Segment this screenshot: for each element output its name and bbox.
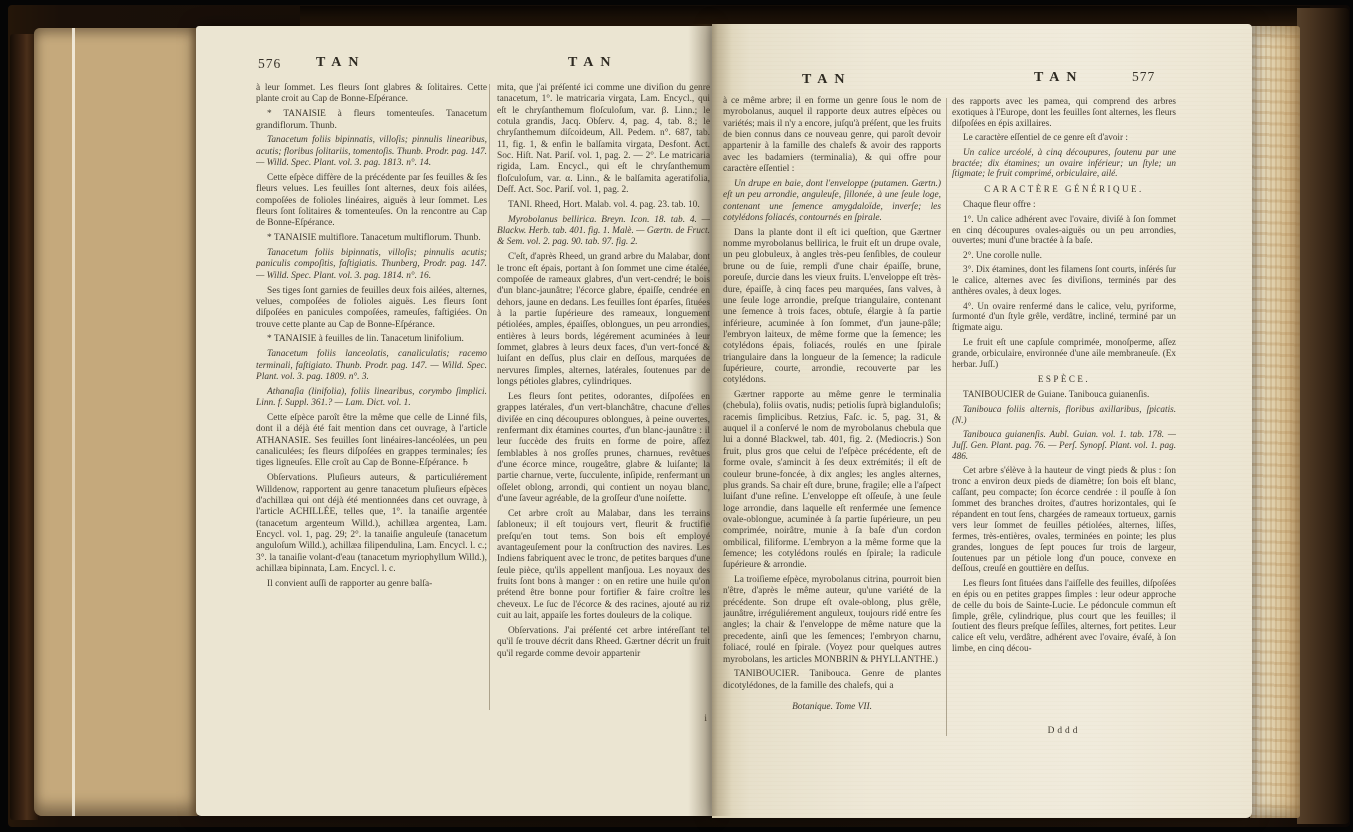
column-rule-left-page	[489, 84, 490, 710]
page-number-left: 576	[258, 56, 281, 72]
paragraph: Tanibouca guianenſis. Aubl. Guian. vol. …	[952, 429, 1176, 462]
running-head-right-col2: TAN	[1034, 70, 1084, 86]
column-576-1: à leur ſommet. Les fleurs ſont glabres &…	[256, 83, 487, 713]
book-photo: 576 TAN TAN à leur ſommet. Les fleurs ſo…	[0, 0, 1353, 832]
paragraph: Cette eſpèce paroît être la même que cel…	[256, 413, 487, 470]
paragraph: CARACTÈRE GÉNÉRIQUE.	[952, 184, 1176, 195]
paragraph: mita, que j'ai préſenté ici comme une di…	[497, 83, 710, 196]
left-page: 576 TAN TAN à leur ſommet. Les fleurs ſo…	[196, 26, 712, 816]
paragraph: * TANAISIE multiflore. Tanacetum multifl…	[256, 233, 487, 244]
paragraph: Cet arbre croît au Malabar, dans les ter…	[497, 509, 710, 622]
paragraph: * TANAISIE à feuilles de lin. Tanacetum …	[256, 334, 487, 345]
paragraph: Chaque fleur offre :	[952, 199, 1176, 210]
paragraph: Dans la plante dont il eſt ici queſtion,…	[723, 228, 941, 387]
column-577-2: des rapports avec les pamea, qui compren…	[952, 96, 1176, 732]
paragraph: à leur ſommet. Les fleurs ſont glabres &…	[256, 83, 487, 106]
paragraph: Les fleurs ſont ſituées dans l'aiſſelle …	[952, 578, 1176, 654]
paragraph: Un drupe en baie, dont l'enveloppe (puta…	[723, 179, 941, 224]
paragraph: Tanacetum foliis bipinnatis, villoſis; p…	[256, 135, 487, 169]
paragraph: Cet arbre s'élève à la hauteur de vingt …	[952, 465, 1176, 574]
paragraph: C'eſt, d'après Rheed, un grand arbre du …	[497, 252, 710, 388]
catchword: i	[651, 714, 707, 724]
paragraph: à ce même arbre; il en forme un genre ſo…	[723, 96, 941, 175]
paragraph: TANIBOUCIER de Guiane. Tanibouca guianen…	[952, 389, 1176, 400]
paragraph: Myrobolanus bellirica. Breyn. Icon. 18. …	[497, 215, 710, 249]
volume-imprint: Botanique. Tome VII.	[723, 702, 941, 712]
paragraph: TANIBOUCIER. Tanibouca. Genre de plantes…	[723, 669, 941, 692]
paragraph: Gærtner rapporte au même genre le termin…	[723, 390, 941, 572]
paragraph: Le fruit eſt une capſule comprimée, mono…	[952, 337, 1176, 370]
paragraph: Ses tiges ſont garnies de feuilles deux …	[256, 286, 487, 331]
column-577-1: à ce même arbre; il en forme un genre ſo…	[723, 96, 941, 704]
paragraph: * TANAISIE à fleurs tomenteuſes. Tanacet…	[256, 109, 487, 132]
paragraph: Tanacetum foliis lanceolatis, canalicula…	[256, 349, 487, 383]
paragraph: Le caractère eſſentiel de ce genre eſt d…	[952, 132, 1176, 143]
paragraph: des rapports avec les pamea, qui compren…	[952, 96, 1176, 129]
signature-mark: Dddd	[952, 726, 1176, 736]
right-page-block-edge	[1250, 26, 1300, 818]
paragraph: Tanacetum foliis bipinnatis, villoſis; p…	[256, 248, 487, 282]
running-head-left-col2: TAN	[568, 55, 618, 71]
running-head-left-col1: TAN	[316, 55, 366, 71]
paragraph: Athanaſia (linifolia), foliis linearibus…	[256, 387, 487, 410]
paragraph: 3°. Dix étamines, dont les filamens ſont…	[952, 264, 1176, 297]
paragraph: TANI. Rheed, Hort. Malab. vol. 4. pag. 2…	[497, 200, 710, 211]
paragraph: Obſervations. J'ai préſenté cet arbre in…	[497, 626, 710, 660]
paragraph: ESPÈCE.	[952, 374, 1176, 385]
page-number-right: 577	[1132, 69, 1155, 85]
paragraph: 2°. Une corolle nulle.	[952, 250, 1176, 261]
paragraph: 1°. Un calice adhérent avec l'ovaire, di…	[952, 214, 1176, 247]
paragraph: Il convient auſſi de rapporter au genre …	[256, 579, 487, 590]
paragraph: Cette eſpèce diffère de la précédente pa…	[256, 173, 487, 230]
running-head-right-col1: TAN	[802, 72, 852, 88]
column-576-2: mita, que j'ai préſenté ici comme une di…	[497, 83, 710, 717]
left-page-block-edge	[34, 28, 198, 816]
paragraph: Tanibouca foliis alternis, floribus axil…	[952, 404, 1176, 426]
book-cover-right-board	[1297, 8, 1349, 824]
paragraph: La troiſieme eſpèce, myrobolanus citrina…	[723, 575, 941, 666]
paragraph: Obſervations. Pluſieurs auteurs, & parti…	[256, 473, 487, 575]
column-rule-right-page	[946, 98, 947, 736]
right-page: TAN TAN 577 à ce même arbre; il en forme…	[712, 24, 1252, 818]
paragraph: 4°. Un ovaire renfermé dans le calice, v…	[952, 301, 1176, 334]
paragraph: Un calice urcéolé, à cinq découpures, ſo…	[952, 147, 1176, 180]
paragraph: Les fleurs ſont petites, odorantes, diſp…	[497, 392, 710, 505]
